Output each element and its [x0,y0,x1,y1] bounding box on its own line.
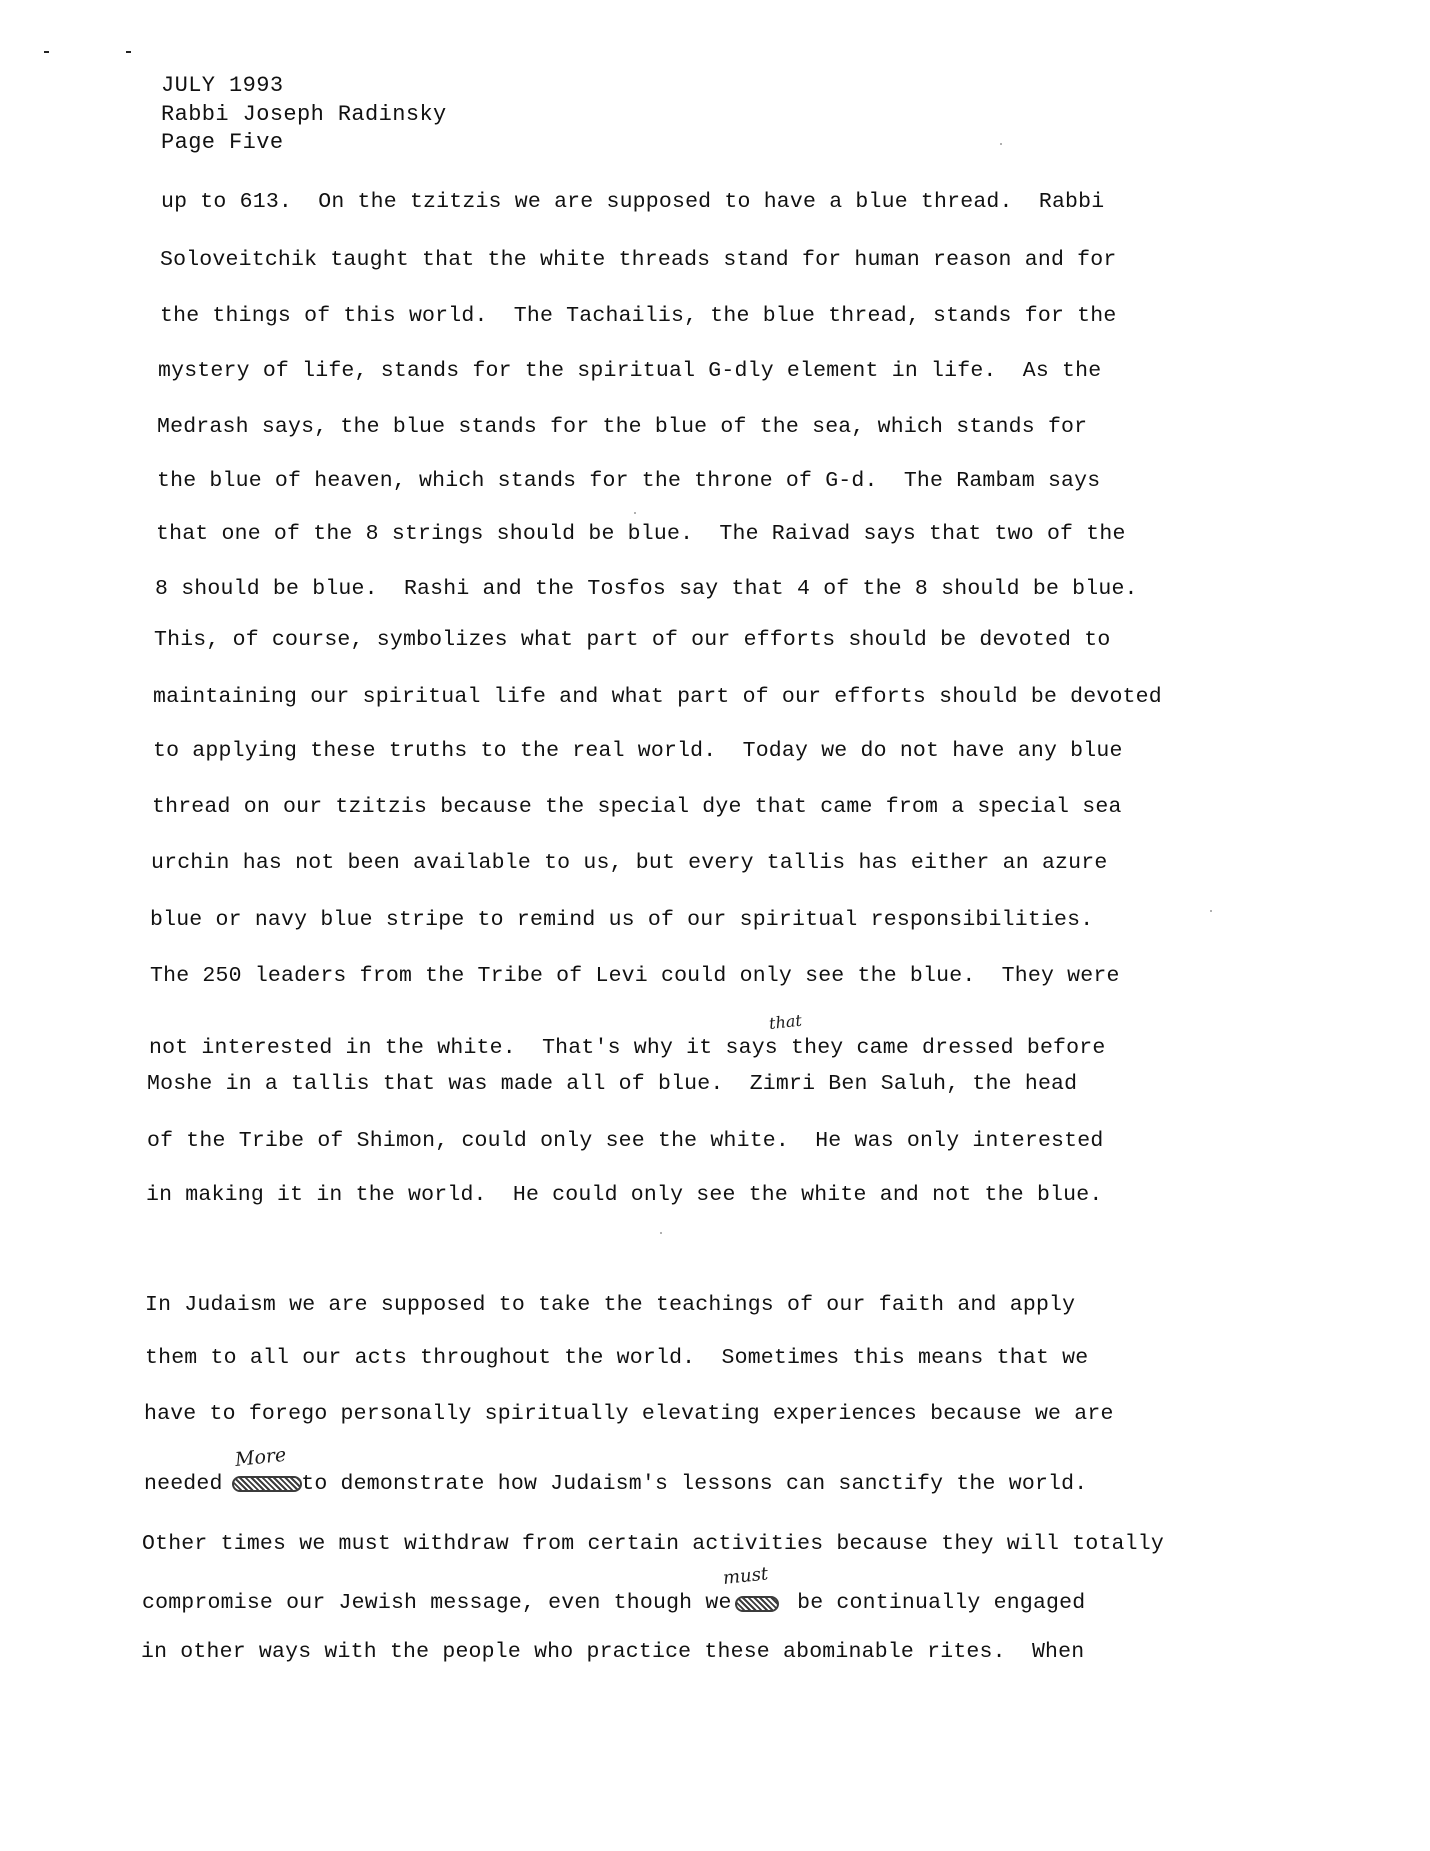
text-line: Soloveitchik taught that the white threa… [160,247,1116,273]
text-line: have to forego personally spiritually el… [144,1401,1114,1427]
text-line: that one of the 8 strings should be blue… [156,521,1126,547]
text-line: to applying these truths to the real wor… [153,738,1123,764]
struck-word-mroe [232,1476,302,1492]
text-line: In Judaism we are supposed to take the t… [145,1292,1075,1318]
text-line: compromise our Jewish message, even thou… [142,1590,1085,1616]
scan-speck [1210,910,1212,912]
scan-mark [126,51,131,53]
text-line: blue or navy blue stripe to remind us of… [150,907,1093,933]
scan-speck [1000,143,1002,145]
scan-mark [44,51,49,53]
text-line: This, of course, symbolizes what part of… [154,627,1110,653]
struck-word-ust [735,1596,779,1612]
header-date: JULY 1993 [161,73,283,99]
scan-speck [634,512,636,514]
text-line: in making it in the world. He could only… [146,1182,1102,1208]
text-line: of the Tribe of Shimon, could only see t… [147,1128,1103,1154]
handwritten-correction-more: More [234,1447,287,1468]
document-page: JULY 1993 Rabbi Joseph Radinsky Page Fiv… [0,0,1430,1851]
text-line: maintaining our spiritual life and what … [153,684,1162,710]
text-line: thread on our tzitzis because the specia… [152,794,1122,820]
text-line: Other times we must withdraw from certai… [142,1531,1164,1557]
text-line: mystery of life, stands for the spiritua… [158,358,1101,384]
text-line: 8 should be blue. Rashi and the Tosfos s… [155,576,1138,602]
text-line: them to all our acts throughout the worl… [145,1345,1088,1371]
text-line: Moshe in a tallis that was made all of b… [147,1071,1077,1097]
text-line: the blue of heaven, which stands for the… [157,468,1100,494]
text-line: not interested in the white. That's why … [149,1035,1105,1061]
handwritten-insertion-that: that [768,1013,802,1032]
text-line: The 250 leaders from the Tribe of Levi c… [150,963,1120,989]
text-line: up to 613. On the tzitzis we are suppose… [161,189,1104,215]
header-author: Rabbi Joseph Radinsky [161,102,447,128]
text-line: Medrash says, the blue stands for the bl… [157,414,1087,440]
text-line: the things of this world. The Tachailis,… [160,303,1116,329]
text-line: urchin has not been available to us, but… [151,850,1107,876]
scan-speck [660,1232,662,1234]
text-line: in other ways with the people who practi… [141,1639,1084,1665]
header-page-label: Page Five [161,130,283,156]
handwritten-correction-must: must [722,1566,769,1587]
